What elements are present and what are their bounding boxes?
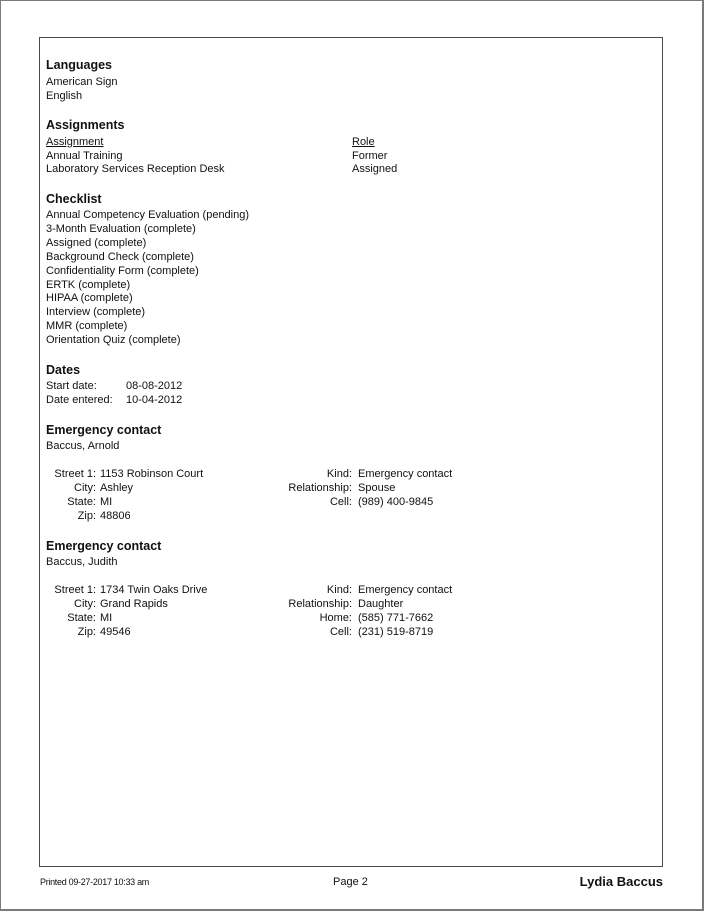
relationship-label: Relationship: [252,482,352,496]
street-label: Street 1: [36,584,96,598]
street-value: 1734 Twin Oaks Drive [100,584,207,598]
start-date-label: Start date: [46,380,97,394]
assignment-name: Annual Training [46,150,122,164]
page-number: Page 2 [333,876,368,888]
dates-heading: Dates [46,363,80,377]
date-entered-value: 10-04-2012 [126,394,182,408]
languages-heading: Languages [46,58,112,72]
language-item: English [46,90,82,104]
kind-label: Kind: [252,584,352,598]
kind-value: Emergency contact [358,468,452,482]
checklist-item: HIPAA (complete) [46,292,133,306]
state-value: MI [100,496,112,510]
state-label: State: [36,496,96,510]
language-item: American Sign [46,76,118,90]
street-value: 1153 Robinson Court [100,468,203,482]
relationship-value: Daughter [358,598,403,612]
city-label: City: [36,482,96,496]
cell-value: (231) 519-8719 [358,626,433,640]
kind-label: Kind: [252,468,352,482]
assignment-name: Laboratory Services Reception Desk [46,163,225,177]
cell-label: Cell: [252,496,352,510]
state-value: MI [100,612,112,626]
start-date-value: 08-08-2012 [126,380,182,394]
checklist-item: Interview (complete) [46,306,145,320]
relationship-label: Relationship: [252,598,352,612]
home-value: (585) 771-7662 [358,612,433,626]
checklist-heading: Checklist [46,192,102,206]
checklist-item: 3-Month Evaluation (complete) [46,223,196,237]
cell-label: Cell: [252,626,352,640]
zip-label: Zip: [36,510,96,524]
kind-value: Emergency contact [358,584,452,598]
person-name: Lydia Baccus [580,874,663,889]
assignment-role: Former [352,150,387,164]
role-column-header: Role [352,136,375,150]
assignment-column-header: Assignment [46,136,103,150]
state-label: State: [36,612,96,626]
zip-label: Zip: [36,626,96,640]
zip-value: 49546 [100,626,131,640]
date-entered-label: Date entered: [46,394,113,408]
checklist-item: Assigned (complete) [46,237,146,251]
city-value: Grand Rapids [100,598,168,612]
checklist-item: ERTK (complete) [46,279,130,293]
checklist-item: MMR (complete) [46,320,127,334]
assignment-role: Assigned [352,163,397,177]
city-label: City: [36,598,96,612]
emergency-contact-heading: Emergency contact [46,539,161,553]
content-box [39,37,663,867]
checklist-item: Annual Competency Evaluation (pending) [46,209,249,223]
checklist-item: Orientation Quiz (complete) [46,334,181,348]
city-value: Ashley [100,482,133,496]
assignments-heading: Assignments [46,118,125,132]
cell-value: (989) 400-9845 [358,496,433,510]
emergency-contact-heading: Emergency contact [46,423,161,437]
checklist-item: Confidentiality Form (complete) [46,265,199,279]
checklist-item: Background Check (complete) [46,251,194,265]
home-label: Home: [252,612,352,626]
relationship-value: Spouse [358,482,395,496]
zip-value: 48806 [100,510,131,524]
contact-name: Baccus, Arnold [46,440,119,454]
printed-timestamp: Printed 09-27-2017 10:33 am [40,877,149,887]
contact-name: Baccus, Judith [46,556,118,570]
street-label: Street 1: [36,468,96,482]
